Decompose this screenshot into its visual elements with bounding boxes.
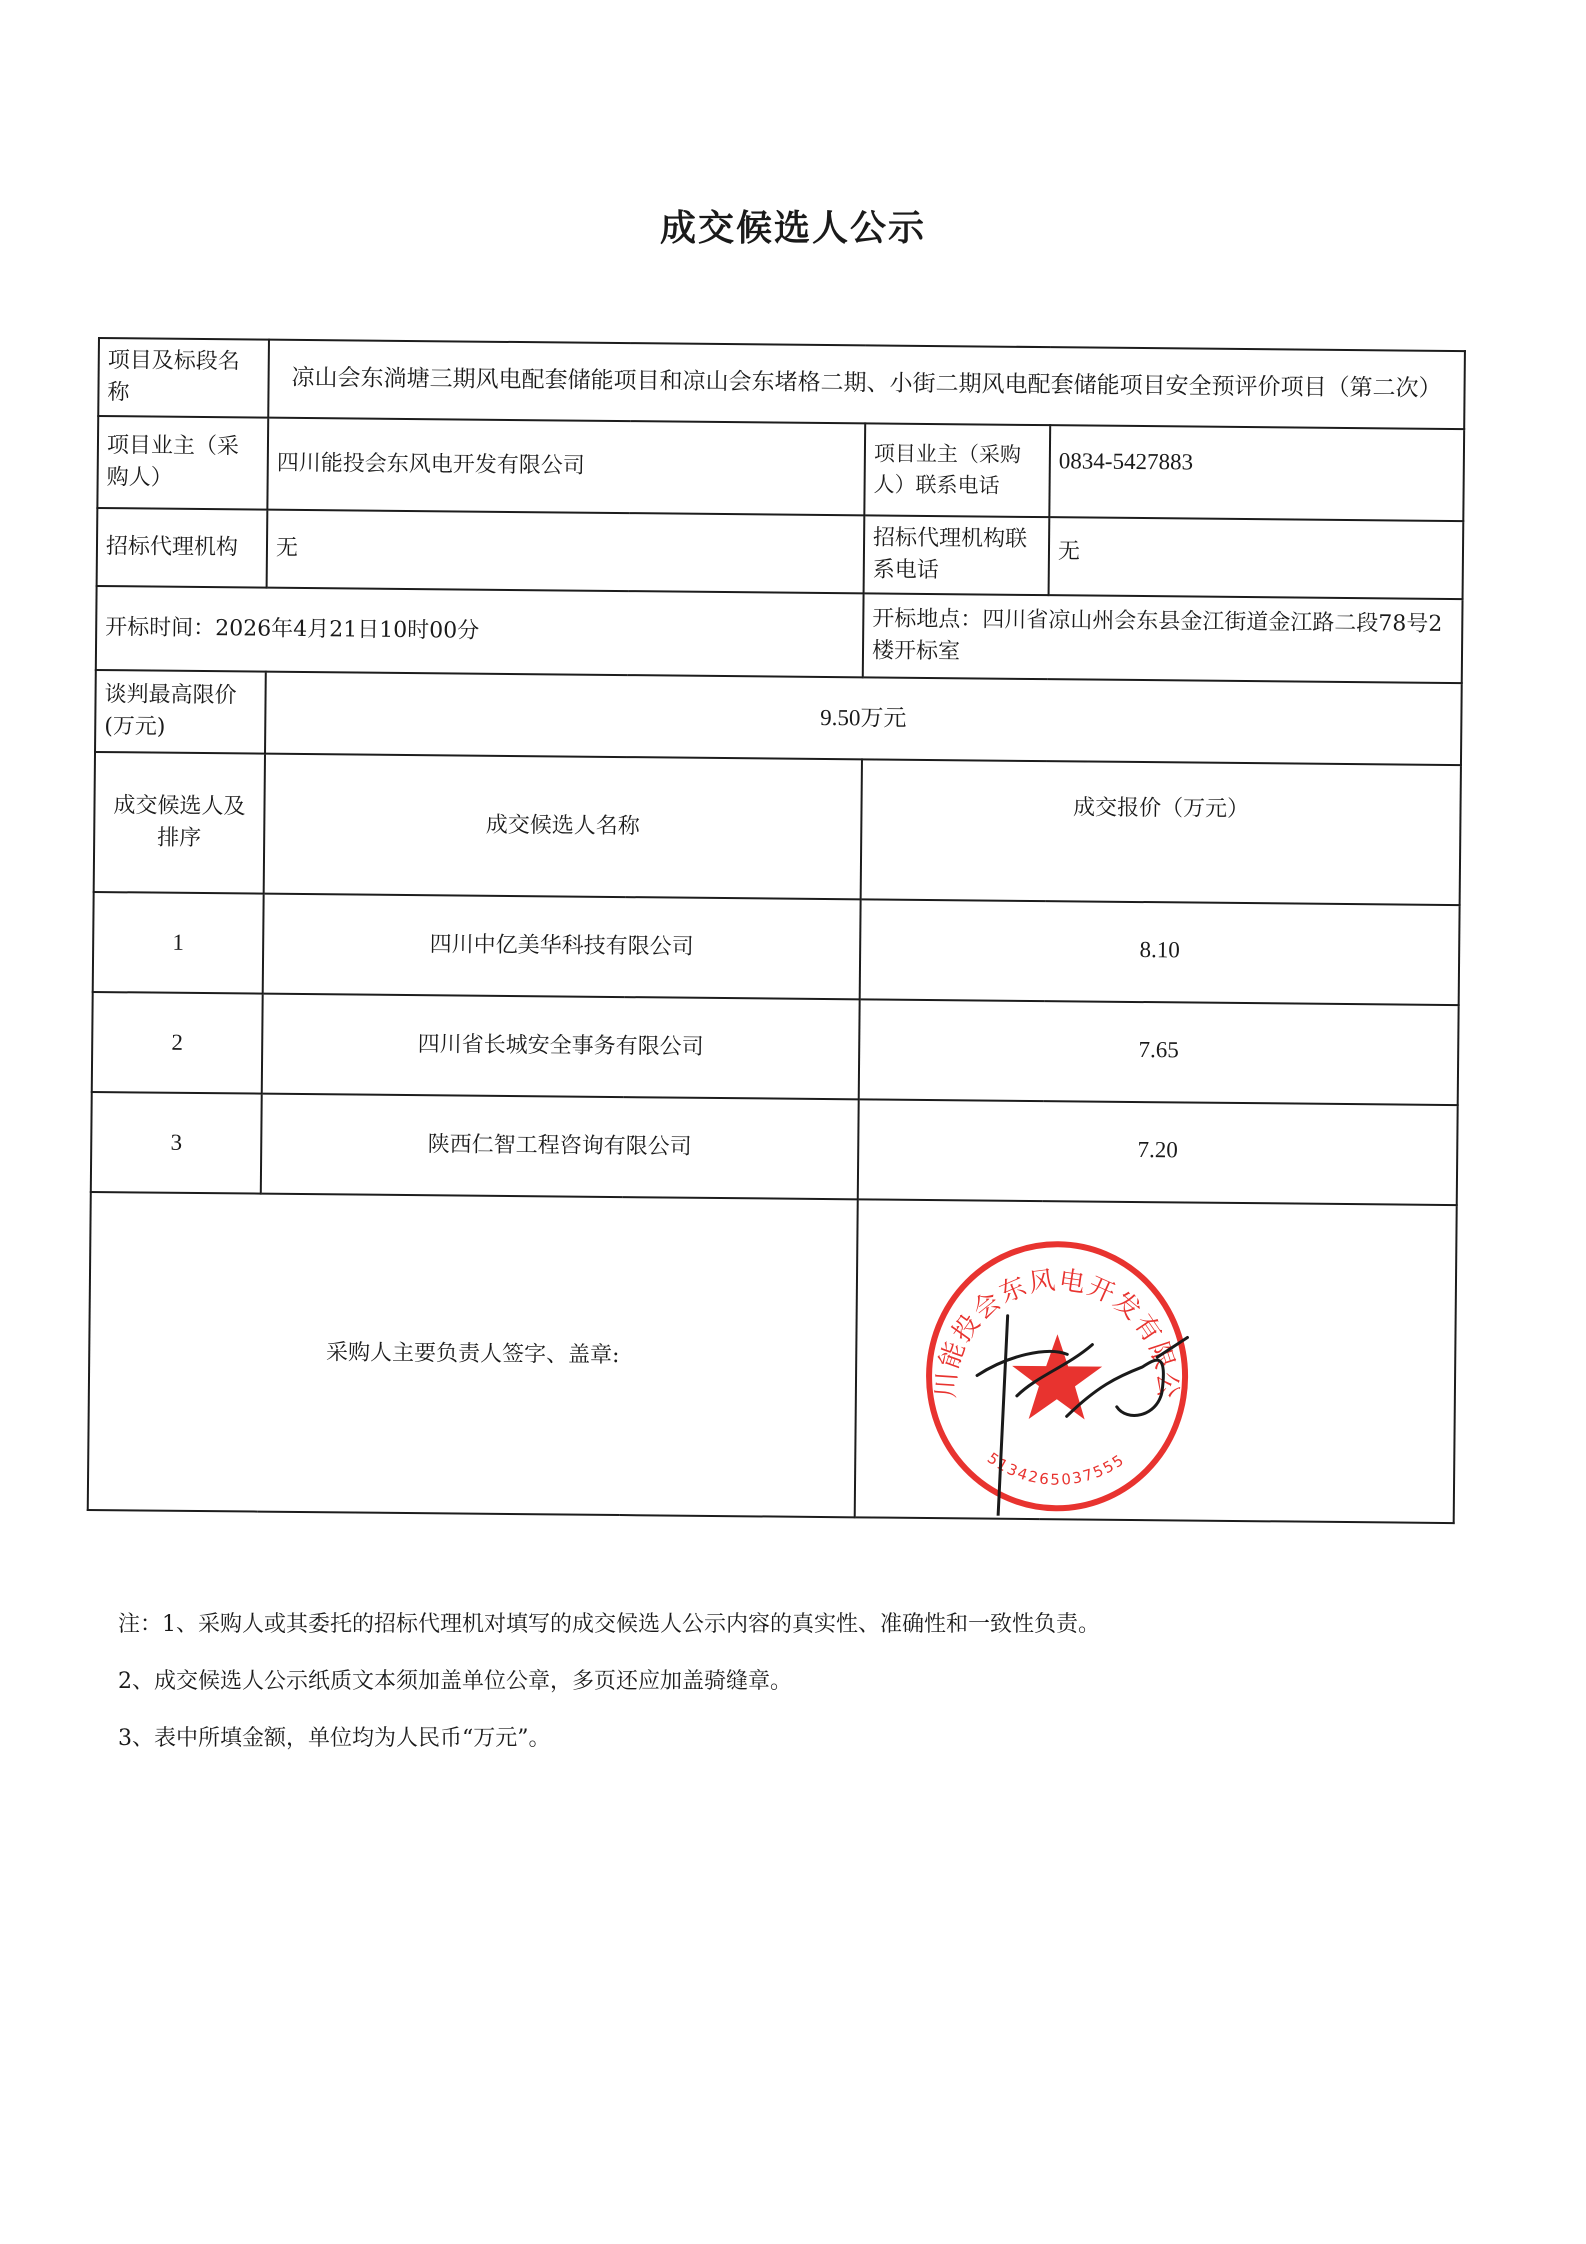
candidate-rank: 1 bbox=[93, 892, 264, 994]
signature-label: 采购人主要负责人签字、盖章: bbox=[88, 1192, 858, 1517]
agent-row: 招标代理机构 无 招标代理机构联系电话 无 bbox=[97, 508, 1464, 599]
max-price-row: 谈判最高限价(万元) 9.50万元 bbox=[95, 670, 1462, 765]
owner-value: 四川能投会东风电开发有限公司 bbox=[267, 417, 865, 515]
candidate-price: 8.10 bbox=[860, 899, 1460, 1005]
notice-sheet: 项目及标段名称 凉山会东淌塘三期风电配套储能项目和凉山会东堵格二期、小街二期风电… bbox=[87, 337, 1468, 1524]
max-price-label: 谈判最高限价(万元) bbox=[95, 670, 266, 754]
table-row: 2 四川省长城安全事务有限公司 7.65 bbox=[92, 992, 1459, 1105]
signature-row: 采购人主要负责人签字、盖章: 四川能投会东风电开发有限公司 5134265037… bbox=[88, 1192, 1457, 1523]
agent-label: 招标代理机构 bbox=[97, 508, 268, 588]
candidate-notice-table: 项目及标段名称 凉山会东淌塘三期风电配套储能项目和凉山会东堵格二期、小街二期风电… bbox=[87, 337, 1466, 1524]
header-name: 成交候选人名称 bbox=[264, 753, 862, 899]
owner-label: 项目业主（采购人） bbox=[97, 416, 268, 510]
candidates-header-row: 成交候选人及排序 成交候选人名称 成交报价（万元） bbox=[94, 752, 1461, 905]
opening-place: 开标地点：四川省凉山州会东县金江街道金江路二段78号2楼开标室 bbox=[863, 593, 1463, 683]
note-2: 2、成交候选人公示纸质文本须加盖单位公章，多页还应加盖骑缝章。 bbox=[118, 1667, 1100, 1698]
table-row: 3 陕西仁智工程咨询有限公司 7.20 bbox=[91, 1092, 1458, 1205]
note-3: 3、表中所填金额，单位均为人民币“万元”。 bbox=[118, 1724, 1100, 1755]
signature-seal-cell: 四川能投会东风电开发有限公司 5134265037555 bbox=[855, 1199, 1457, 1523]
seal-code: 5134265037555 bbox=[984, 1449, 1129, 1489]
company-seal-icon: 四川能投会东风电开发有限公司 5134265037555 bbox=[916, 1225, 1199, 1518]
opening-row: 开标时间：2026年4月21日10时00分 开标地点：四川省凉山州会东县金江街道… bbox=[96, 586, 1463, 683]
agent-value: 无 bbox=[267, 509, 865, 593]
owner-phone-value: 0834-5427883 bbox=[1049, 425, 1464, 521]
project-name-row: 项目及标段名称 凉山会东淌塘三期风电配套储能项目和凉山会东堵格二期、小街二期风电… bbox=[98, 338, 1465, 429]
max-price-value: 9.50万元 bbox=[265, 671, 1462, 764]
page-title: 成交候选人公示 bbox=[0, 200, 1586, 251]
project-name-value: 凉山会东淌塘三期风电配套储能项目和凉山会东堵格二期、小街二期风电配套储能项目安全… bbox=[268, 340, 1465, 429]
candidate-rank: 2 bbox=[92, 992, 263, 1094]
notes-section: 注：1、采购人或其委托的招标代理机对填写的成交候选人公示内容的真实性、准确性和一… bbox=[118, 1610, 1100, 1780]
header-price: 成交报价（万元） bbox=[861, 759, 1461, 905]
candidate-name: 四川中亿美华科技有限公司 bbox=[263, 893, 861, 999]
header-rank: 成交候选人及排序 bbox=[94, 752, 265, 894]
table-row: 1 四川中亿美华科技有限公司 8.10 bbox=[93, 892, 1460, 1005]
candidate-name: 陕西仁智工程咨询有限公司 bbox=[261, 1093, 859, 1199]
owner-row: 项目业主（采购人） 四川能投会东风电开发有限公司 项目业主（采购人）联系电话 0… bbox=[97, 416, 1464, 521]
opening-time: 开标时间：2026年4月21日10时00分 bbox=[96, 586, 864, 677]
svg-text:5134265037555: 5134265037555 bbox=[984, 1449, 1129, 1489]
candidate-rank: 3 bbox=[91, 1092, 262, 1194]
note-1: 注：1、采购人或其委托的招标代理机对填写的成交候选人公示内容的真实性、准确性和一… bbox=[118, 1610, 1100, 1641]
candidate-price: 7.20 bbox=[858, 1099, 1458, 1205]
candidate-name: 四川省长城安全事务有限公司 bbox=[262, 993, 860, 1099]
project-name-label: 项目及标段名称 bbox=[98, 338, 269, 417]
agent-phone-label: 招标代理机构联系电话 bbox=[864, 515, 1050, 595]
candidate-price: 7.65 bbox=[859, 999, 1459, 1105]
owner-phone-label: 项目业主（采购人）联系电话 bbox=[864, 423, 1050, 517]
agent-phone-value: 无 bbox=[1049, 517, 1464, 599]
